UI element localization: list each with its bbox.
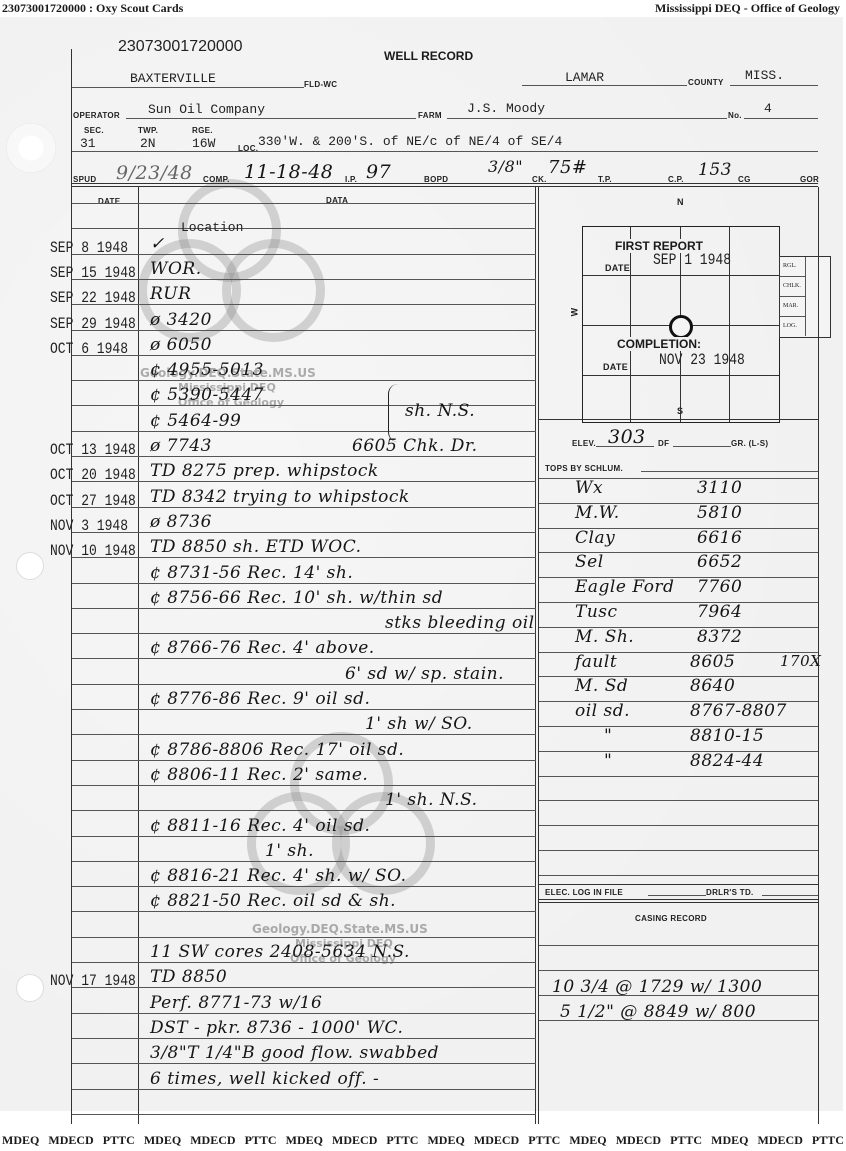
divider — [596, 446, 654, 447]
log-entry: ¢ 5464-99 — [150, 411, 241, 431]
divider — [447, 118, 727, 119]
elec-log-label: ELEC. LOG IN FILE — [545, 888, 623, 897]
log-entry-continued: 6' sd w/ sp. stain. — [345, 664, 504, 684]
footer-watermark-item: MDEQ — [286, 1133, 323, 1151]
completion-date-label: DATE — [603, 362, 628, 372]
ruled-line — [539, 776, 818, 777]
ruled-line — [72, 709, 536, 710]
log-entry: WOR. — [150, 259, 202, 279]
elev-value: 303 — [608, 426, 646, 448]
spud-value: 9/23/48 — [116, 162, 193, 184]
bopd-value: 3/8" — [488, 157, 523, 176]
divider — [539, 995, 818, 996]
rge-label: RGE. — [192, 126, 213, 135]
comp-value: 11-18-48 — [244, 161, 333, 183]
top-formation-name: Tusc — [575, 602, 618, 622]
footer-watermark-item: MDECD — [48, 1133, 93, 1151]
log-date: NOV 3 1948 — [50, 517, 128, 535]
log-entry: 3/8"T 1/4"B good flow. swabbed — [150, 1043, 439, 1063]
footer-watermark-item: MDEQ — [144, 1133, 181, 1151]
log-entry: ¢ 5390-5447 — [150, 385, 264, 405]
ruled-line — [72, 330, 536, 331]
ruled-line — [72, 734, 536, 735]
divider — [730, 85, 818, 86]
log-entry: ¢ 8786-8806 Rec. 17' oil sd. — [150, 740, 404, 760]
ruled-line — [72, 1013, 536, 1014]
divider — [539, 899, 818, 900]
checklist-item: CHLK. — [780, 277, 806, 297]
log-entry: TD 8342 trying to whipstock — [150, 487, 410, 507]
log-date: SEP 29 1948 — [50, 315, 136, 333]
log-entry: ¢ 8806-11 Rec. 2' same. — [150, 765, 368, 785]
first-report-date-label: DATE — [605, 263, 630, 273]
grid-line — [583, 275, 779, 276]
divider — [539, 902, 818, 903]
elev-gr-label: GR. (L-S) — [731, 439, 768, 448]
top-depth: 8605 — [690, 652, 735, 672]
ruled-line — [72, 760, 536, 761]
footer-watermark-item: PTTC — [245, 1133, 277, 1151]
top-depth: 8767-8807 — [690, 701, 787, 721]
api-number: 23073001720000 — [118, 38, 243, 56]
footer-watermark-item: MDECD — [190, 1133, 235, 1151]
log-entry: 11 SW cores 2408-5634 N.S. — [150, 942, 410, 962]
divider — [539, 884, 818, 885]
well-record-card: Geology.DEQ.State.MS.US Mississippi DEQ … — [0, 17, 843, 1111]
log-entry: ø 8736 — [150, 512, 212, 532]
log-entry-continued: 1' sh. — [265, 841, 314, 861]
field-label: FLD-WC — [304, 80, 337, 89]
ruled-line — [72, 304, 536, 305]
header-left-title: 23073001720000 : Oxy Scout Cards — [2, 1, 183, 16]
ruled-line — [72, 456, 536, 457]
elev-df-label: DF — [658, 439, 669, 448]
well-location-icon — [669, 315, 693, 339]
sec-label: SEC. — [84, 126, 104, 135]
divider — [539, 970, 818, 971]
footer-watermark-item: PTTC — [386, 1133, 418, 1151]
ruled-line — [72, 937, 536, 938]
ruled-line — [539, 875, 818, 876]
log-note: 6605 Chk. Dr. — [352, 436, 478, 456]
well-no-label: No. — [728, 111, 742, 120]
log-date: NOV 17 1948 — [50, 972, 136, 990]
ruled-line — [72, 658, 536, 659]
plat-map: FIRST REPORT DATE SEP 1 1948 COMPLETION:… — [582, 226, 780, 423]
footer-watermark-item: MDECD — [474, 1133, 519, 1151]
top-formation-name: oil sd. — [575, 701, 630, 721]
elev-label: ELEV. — [572, 439, 596, 448]
divider — [673, 446, 731, 447]
log-entry: TD 8850 sh. ETD WOC. — [150, 537, 362, 557]
top-formation-name: M. Sd — [575, 676, 628, 696]
log-entry: ✓ — [150, 234, 165, 254]
divider — [126, 118, 416, 119]
top-depth: 8810-15 — [690, 726, 764, 746]
watermark-text: Geology.DEQ.State.MS.US — [252, 922, 428, 936]
footer-watermark-item: MDECD — [332, 1133, 377, 1151]
footer-watermark-item: MDEQ — [2, 1133, 39, 1151]
log-entry: ¢ 8811-16 Rec. 4' oil sd. — [150, 816, 370, 836]
log-date: OCT 6 1948 — [50, 340, 128, 358]
ruled-line — [72, 203, 536, 204]
ruled-line — [72, 836, 536, 837]
log-date: OCT 13 1948 — [50, 441, 136, 459]
bracket-icon — [388, 384, 403, 442]
ruled-line — [539, 800, 818, 801]
top-formation-name: M. Sh. — [575, 627, 634, 647]
log-date: OCT 27 1948 — [50, 492, 136, 510]
divider — [72, 87, 304, 88]
completion-label: COMPLETION: — [617, 337, 701, 351]
log-entry: ¢ 8776-86 Rec. 9' oil sd. — [150, 689, 370, 709]
ruled-line — [72, 987, 536, 988]
checklist-item: MAR. — [780, 297, 806, 317]
log-date: NOV 10 1948 — [50, 542, 136, 560]
log-entry: ¢ 4955-5013 — [150, 360, 264, 380]
top-depth: 7760 — [697, 577, 742, 597]
top-formation-name: Eagle Ford — [575, 577, 674, 597]
ruled-line — [72, 1089, 536, 1090]
ruled-line — [72, 962, 536, 963]
top-formation-name: M.W. — [575, 503, 620, 523]
ruled-line — [72, 228, 536, 229]
footer-watermark-item: MDEQ — [711, 1133, 748, 1151]
ruled-line — [72, 557, 536, 558]
log-entry-continued: stks bleeding oil — [385, 613, 535, 633]
casing-entry: 10 3/4 @ 1729 w/ 1300 — [552, 977, 762, 997]
header-right-title: Mississippi DEQ - Office of Geology — [655, 1, 840, 16]
operator-value: Sun Oil Company — [148, 102, 265, 117]
ruled-line — [539, 726, 818, 727]
divider — [762, 895, 818, 896]
ruled-line — [72, 608, 536, 609]
ruled-line — [72, 911, 536, 912]
footer-watermark-item: MDECD — [758, 1133, 803, 1151]
ruled-line — [72, 1114, 536, 1115]
ruled-line — [72, 355, 536, 356]
first-report-date: SEP 1 1948 — [653, 251, 731, 269]
ruled-line — [72, 684, 536, 685]
ip-value: 97 — [366, 161, 391, 183]
log-entry: 6 times, well kicked off. - — [150, 1069, 379, 1089]
divider — [648, 895, 706, 896]
checklist-item: LOG. — [780, 317, 806, 336]
footer-watermark-item: MDEQ — [427, 1133, 464, 1151]
ruled-line — [72, 507, 536, 508]
loc-value: 330'W. & 200'S. of NE/c of NE/4 of SE/4 — [258, 134, 562, 149]
ruled-line — [72, 254, 536, 255]
log-entry: RUR — [150, 284, 191, 304]
plat-north: N — [677, 197, 684, 207]
field-value: BAXTERVILLE — [130, 71, 216, 86]
ck-value: 75# — [548, 157, 588, 178]
divider — [744, 118, 818, 119]
top-depth: 6652 — [697, 552, 742, 572]
top-depth: 6616 — [697, 528, 742, 548]
drlr-td-label: DRLR'S TD. — [706, 888, 754, 897]
log-entry: ¢ 8756-66 Rec. 10' sh. w/thin sd — [150, 588, 443, 608]
top-formation-name: Wx — [575, 478, 603, 498]
divider — [539, 419, 818, 420]
ruled-line — [72, 481, 536, 482]
log-entry: ø 6050 — [150, 335, 212, 355]
bracket-note: sh. N.S. — [405, 401, 475, 421]
log-entry: ¢ 8731-56 Rec. 14' sh. — [150, 563, 353, 583]
log-heading: Location — [181, 220, 243, 235]
footer-watermark-item: MDEQ — [569, 1133, 606, 1151]
county-value: LAMAR — [565, 70, 604, 85]
county-label: COUNTY — [688, 78, 724, 87]
data-column-right-divider — [538, 187, 539, 1124]
card-right-border — [818, 187, 819, 1124]
top-formation-name: fault — [575, 652, 617, 672]
ruled-line — [72, 785, 536, 786]
log-entry: ¢ 8816-21 Rec. 4' sh. w/ SO. — [150, 866, 407, 886]
divider — [641, 471, 818, 472]
top-depth: 8372 — [697, 627, 742, 647]
farm-value: J.S. Moody — [467, 101, 545, 116]
top-formation-name: Clay — [575, 528, 615, 548]
log-entry: ø 7743 — [150, 436, 212, 456]
sec-value: 31 — [80, 136, 96, 151]
ruled-line — [72, 886, 536, 887]
log-date: SEP 8 1948 — [50, 239, 128, 257]
log-entry-continued: 1' sh w/ SO. — [365, 714, 473, 734]
ruled-line — [539, 850, 818, 851]
divider — [72, 151, 818, 152]
top-formation-name: " — [604, 726, 612, 746]
tops-label: TOPS BY SCHLUM. — [545, 464, 623, 473]
ruled-line — [72, 583, 536, 584]
top-extra: 170X — [780, 652, 821, 670]
footer-watermark-item: MDECD — [616, 1133, 661, 1151]
log-entry: ø 3420 — [150, 310, 212, 330]
log-entry-continued: 1' sh. N.S. — [385, 790, 478, 810]
farm-label: FARM — [418, 111, 442, 120]
top-formation-name: Sel — [575, 552, 604, 572]
casing-entry: 5 1/2" @ 8849 w/ 800 — [560, 1002, 756, 1022]
checklist-box: RGL. CHLK. MAR. LOG. — [779, 256, 831, 338]
divider — [72, 183, 818, 184]
card-title: WELL RECORD — [384, 49, 473, 63]
plat-west: W — [569, 308, 579, 317]
rge-value: 16W — [192, 136, 215, 151]
date-column-header: DATE — [98, 197, 120, 206]
log-entry: DST - pkr. 8736 - 1000' WC. — [150, 1018, 403, 1038]
twp-label: TWP. — [138, 126, 158, 135]
ruled-line — [72, 279, 536, 280]
cp-value: 153 — [698, 160, 732, 180]
ruled-line — [539, 751, 818, 752]
well-no-value: 4 — [764, 101, 772, 116]
ruled-line — [72, 1063, 536, 1064]
top-depth: 5810 — [697, 503, 742, 523]
operator-label: OPERATOR — [73, 111, 120, 120]
grid-line — [583, 375, 779, 376]
divider — [539, 945, 818, 946]
log-entry: TD 8850 — [150, 967, 227, 987]
hole-punch — [16, 974, 44, 1002]
page-header: 23073001720000 : Oxy Scout Cards Mississ… — [0, 0, 846, 16]
ruled-line — [539, 825, 818, 826]
log-entry: ¢ 8821-50 Rec. oil sd & sh. — [150, 891, 396, 911]
footer-watermark-item: PTTC — [670, 1133, 702, 1151]
footer-watermark-item: PTTC — [812, 1133, 844, 1151]
hole-punch — [16, 552, 44, 580]
log-entry: ¢ 8766-76 Rec. 4' above. — [150, 638, 375, 658]
footer-watermark-item: PTTC — [528, 1133, 560, 1151]
ruled-line — [72, 861, 536, 862]
ruled-line — [72, 810, 536, 811]
casing-record-label: CASING RECORD — [635, 914, 707, 923]
twp-value: 2N — [140, 136, 156, 151]
footer-watermark-item: PTTC — [103, 1133, 135, 1151]
date-column-divider — [138, 187, 139, 1124]
footer-watermark-strip: MDEQMDECDPTTCMDEQMDECDPTTCMDEQMDECDPTTCM… — [0, 1133, 846, 1151]
divider — [539, 1020, 818, 1021]
divider — [72, 186, 818, 187]
ruled-line — [72, 431, 536, 432]
checklist-item: RGL. — [780, 257, 806, 277]
top-depth: 3110 — [697, 478, 742, 498]
top-depth: 8640 — [690, 676, 735, 696]
log-date: SEP 22 1948 — [50, 289, 136, 307]
completion-date: NOV 23 1948 — [659, 351, 745, 369]
top-depth: 7964 — [697, 602, 742, 622]
ruled-line — [72, 380, 536, 381]
ruled-line — [72, 1038, 536, 1039]
ruled-line — [72, 532, 536, 533]
log-entry: Perf. 8771-73 w/16 — [150, 993, 322, 1013]
log-date: SEP 15 1948 — [50, 264, 136, 282]
data-column-right-divider — [535, 187, 536, 1124]
ruled-line — [72, 633, 536, 634]
top-formation-name: " — [604, 751, 612, 771]
divider — [522, 85, 687, 86]
log-date: OCT 20 1948 — [50, 466, 136, 484]
log-entry: TD 8275 prep. whipstock — [150, 461, 379, 481]
state-value: MISS. — [745, 68, 784, 83]
hole-punch — [6, 123, 56, 173]
top-depth: 8824-44 — [690, 751, 764, 771]
